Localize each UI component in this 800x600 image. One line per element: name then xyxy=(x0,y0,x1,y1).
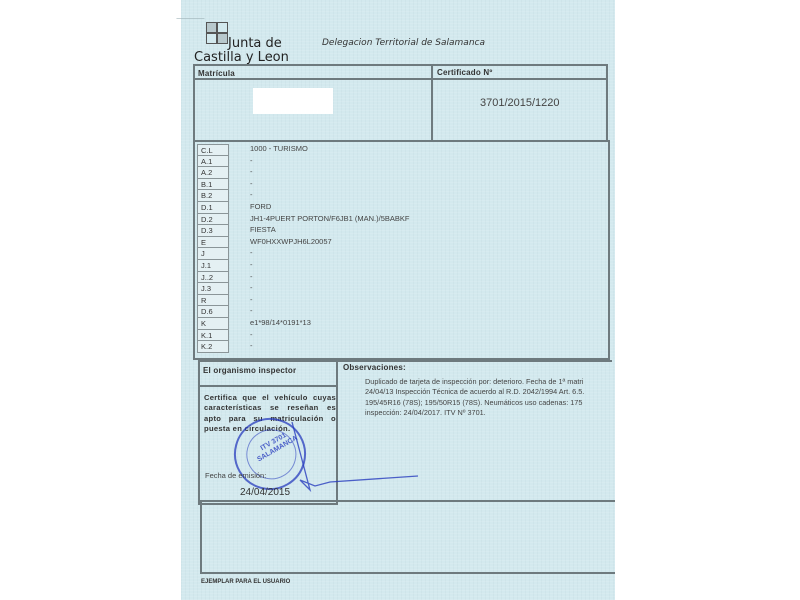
field-value: - xyxy=(250,340,410,352)
field-code: B.2 xyxy=(197,190,229,202)
footer-copy-label: EJEMPLAR PARA EL USUARIO xyxy=(201,579,290,585)
field-value: e1*98/14*0191*13 xyxy=(250,317,410,329)
signature-icon xyxy=(270,420,420,500)
inspector-label: El organismo inspector xyxy=(203,366,296,375)
observaciones-label: Observaciones: xyxy=(343,363,406,372)
observation-line: Duplicado de tarjeta de inspección por: … xyxy=(365,377,610,387)
coat-of-arms-icon xyxy=(206,22,228,44)
matricula-label: Matrícula xyxy=(198,69,235,78)
org-name-line1: Junta de xyxy=(228,36,282,51)
field-code: K.2 xyxy=(197,341,229,353)
field-value: JH1-4PUERT PORTON/F6JB1 (MAN.)/5BABKF xyxy=(250,213,410,225)
field-code: A.1 xyxy=(197,156,229,168)
issue-date: 24/04/2015 xyxy=(240,487,290,498)
field-code: D.6 xyxy=(197,306,229,318)
blank-box xyxy=(200,500,615,574)
field-value: FORD xyxy=(250,201,410,213)
field-value: - xyxy=(250,329,410,341)
field-code: E xyxy=(197,237,229,249)
field-value: - xyxy=(250,166,410,178)
observation-line: inspección: 24/04/2017. ITV Nº 3701. xyxy=(365,408,610,418)
field-value: WF0HXXWPJH6L20057 xyxy=(250,236,410,248)
field-value: - xyxy=(250,189,410,201)
field-value: - xyxy=(250,259,410,271)
field-value: - xyxy=(250,155,410,167)
certificate-number: 3701/2015/1220 xyxy=(480,97,560,109)
observation-line: 24/04/13 Inspección Técnica de acuerdo a… xyxy=(365,387,610,397)
field-value: FIESTA xyxy=(250,224,410,236)
field-code: D.2 xyxy=(197,214,229,226)
certificado-label: Certificado Nº xyxy=(437,68,493,77)
field-value: - xyxy=(250,271,410,283)
field-values-column: 1000 - TURISMO----FORDJH1-4PUERT PORTON/… xyxy=(250,143,410,352)
observation-line: 195/45R16 (78S); 195/50R15 (78S). Neumát… xyxy=(365,398,610,408)
field-code: R xyxy=(197,295,229,307)
field-value: - xyxy=(250,305,410,317)
field-value: - xyxy=(250,247,410,259)
field-code: A.2 xyxy=(197,167,229,179)
field-code: D.3 xyxy=(197,225,229,237)
field-value: - xyxy=(250,282,410,294)
field-codes-column: C.LA.1A.2B.1B.2D.1D.2D.3EJJ.1J..2J.3RD.6… xyxy=(197,144,229,353)
observaciones-text: Duplicado de tarjeta de inspección por: … xyxy=(365,377,610,419)
field-code: C.L xyxy=(197,144,229,156)
matricula-value-redacted xyxy=(253,88,333,114)
field-code: J xyxy=(197,248,229,260)
field-code: J.3 xyxy=(197,283,229,295)
field-code: B.1 xyxy=(197,179,229,191)
field-code: J..2 xyxy=(197,272,229,284)
delegation-title: Delegacion Territorial de Salamanca xyxy=(322,38,485,48)
field-code: K.1 xyxy=(197,330,229,342)
field-code: K xyxy=(197,318,229,330)
field-code: J.1 xyxy=(197,260,229,272)
field-value: - xyxy=(250,178,410,190)
field-value: 1000 - TURISMO xyxy=(250,143,410,155)
issue-date-label: Fecha de emisión: xyxy=(205,471,266,480)
field-code: D.1 xyxy=(197,202,229,214)
org-name-line2: Castilla y Leon xyxy=(194,50,289,65)
field-value: - xyxy=(250,294,410,306)
